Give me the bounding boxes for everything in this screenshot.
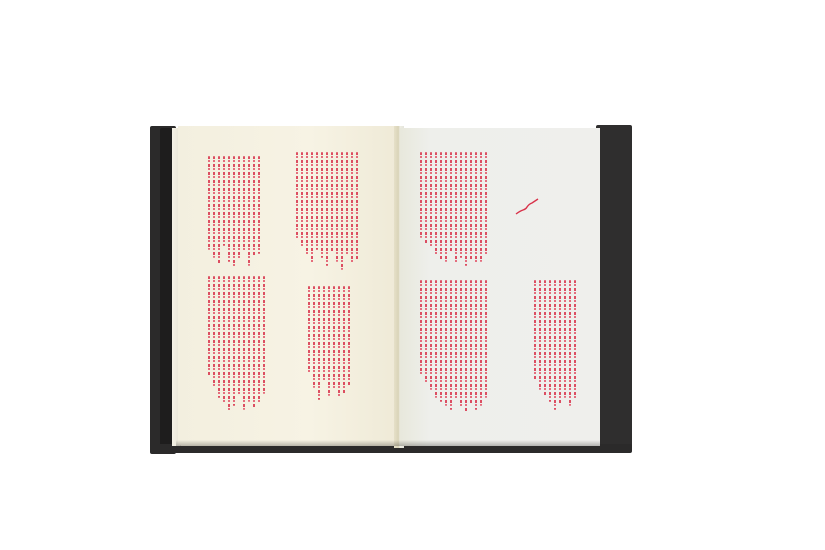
handwritten-line bbox=[420, 152, 422, 238]
handwritten-line bbox=[223, 276, 225, 404]
handwritten-line bbox=[435, 280, 437, 398]
handwritten-line bbox=[301, 152, 303, 248]
handwritten-line bbox=[308, 286, 310, 374]
handwritten-line bbox=[475, 152, 477, 264]
handwritten-line bbox=[296, 152, 298, 240]
handwritten-line bbox=[544, 280, 546, 396]
handwritten-line bbox=[554, 280, 556, 410]
handwritten-line bbox=[559, 280, 561, 404]
handwritten-line bbox=[475, 280, 477, 410]
handwritten-line bbox=[213, 276, 215, 388]
handwritten-line bbox=[465, 280, 467, 412]
handwritten-line bbox=[238, 276, 240, 396]
handwritten-line bbox=[328, 286, 330, 396]
handwritten-line bbox=[223, 156, 225, 246]
handwritten-line bbox=[248, 276, 250, 402]
handwritten-line bbox=[316, 152, 318, 250]
handwritten-text-lower-right-column-block bbox=[534, 280, 576, 410]
handwritten-line bbox=[238, 156, 240, 260]
handwritten-line bbox=[336, 152, 338, 262]
handwritten-line bbox=[341, 152, 343, 270]
handwritten-line bbox=[318, 286, 320, 400]
handwritten-line bbox=[445, 152, 447, 262]
handwritten-line bbox=[539, 280, 541, 390]
photo-scene bbox=[0, 0, 825, 550]
handwritten-line bbox=[450, 152, 452, 252]
handwritten-line bbox=[470, 280, 472, 404]
handwritten-line bbox=[343, 286, 345, 394]
handwritten-line bbox=[321, 152, 323, 258]
handwritten-line bbox=[480, 152, 482, 262]
handwritten-line bbox=[465, 152, 467, 266]
handwritten-line bbox=[564, 280, 566, 398]
handwritten-line bbox=[425, 280, 427, 384]
handwritten-line bbox=[248, 156, 250, 266]
book-cover-right-edge bbox=[596, 125, 632, 452]
handwritten-line bbox=[425, 152, 427, 244]
handwritten-line bbox=[574, 280, 576, 400]
handwritten-line bbox=[460, 280, 462, 408]
handwritten-text-upper-left-column-block bbox=[208, 156, 260, 268]
handwritten-line bbox=[351, 152, 353, 264]
handwritten-line bbox=[445, 280, 447, 406]
handwritten-line bbox=[346, 152, 348, 256]
handwritten-line bbox=[440, 280, 442, 402]
handwritten-line bbox=[333, 286, 335, 390]
handwritten-line bbox=[258, 276, 260, 404]
handwritten-line bbox=[549, 280, 551, 402]
handwritten-text-lower-left-column-block bbox=[208, 276, 265, 412]
handwritten-line bbox=[258, 156, 260, 254]
handwritten-line bbox=[253, 156, 255, 256]
handwritten-line bbox=[435, 152, 437, 256]
handwritten-text-upper-right-column-block bbox=[296, 152, 358, 270]
handwritten-line bbox=[208, 276, 210, 376]
left-page bbox=[178, 126, 398, 446]
handwritten-line bbox=[218, 156, 220, 264]
handwritten-line bbox=[356, 152, 358, 260]
handwritten-line bbox=[326, 152, 328, 266]
handwritten-line bbox=[430, 152, 432, 248]
handwritten-line bbox=[323, 286, 325, 382]
handwritten-line bbox=[306, 152, 308, 256]
handwritten-line bbox=[455, 152, 457, 264]
handwritten-line bbox=[455, 280, 457, 400]
handwritten-line bbox=[253, 276, 255, 408]
handwritten-line bbox=[480, 280, 482, 406]
handwritten-line bbox=[208, 156, 210, 250]
handwritten-line bbox=[218, 276, 220, 398]
handwritten-line bbox=[338, 286, 340, 398]
handwritten-line bbox=[263, 276, 265, 394]
handwritten-line bbox=[485, 152, 487, 256]
handwritten-line bbox=[569, 280, 571, 406]
handwritten-line bbox=[331, 152, 333, 252]
handwritten-line bbox=[213, 156, 215, 258]
right-page bbox=[400, 128, 600, 446]
handwritten-line bbox=[243, 276, 245, 410]
handwritten-text-upper-column-block bbox=[420, 152, 487, 266]
handwritten-line bbox=[228, 156, 230, 262]
handwritten-text-lower-left-column-block bbox=[420, 280, 487, 412]
handwritten-line bbox=[485, 280, 487, 398]
handwritten-line bbox=[450, 280, 452, 410]
handwritten-line bbox=[430, 280, 432, 390]
handwritten-line bbox=[440, 152, 442, 260]
handwritten-line bbox=[534, 280, 536, 380]
red-squiggle-mark bbox=[515, 198, 539, 216]
handwritten-line bbox=[233, 276, 235, 406]
handwritten-line bbox=[228, 276, 230, 412]
handwritten-line bbox=[313, 286, 315, 388]
handwritten-text-lower-right-column-block bbox=[308, 286, 350, 400]
book-cover-back-edge bbox=[160, 128, 172, 452]
page-bottom-shadow bbox=[176, 440, 600, 446]
handwritten-line bbox=[348, 286, 350, 386]
handwritten-line bbox=[470, 152, 472, 260]
handwritten-line bbox=[311, 152, 313, 264]
handwritten-line bbox=[460, 152, 462, 258]
handwritten-line bbox=[243, 156, 245, 252]
handwritten-line bbox=[233, 156, 235, 268]
handwritten-line bbox=[420, 280, 422, 376]
